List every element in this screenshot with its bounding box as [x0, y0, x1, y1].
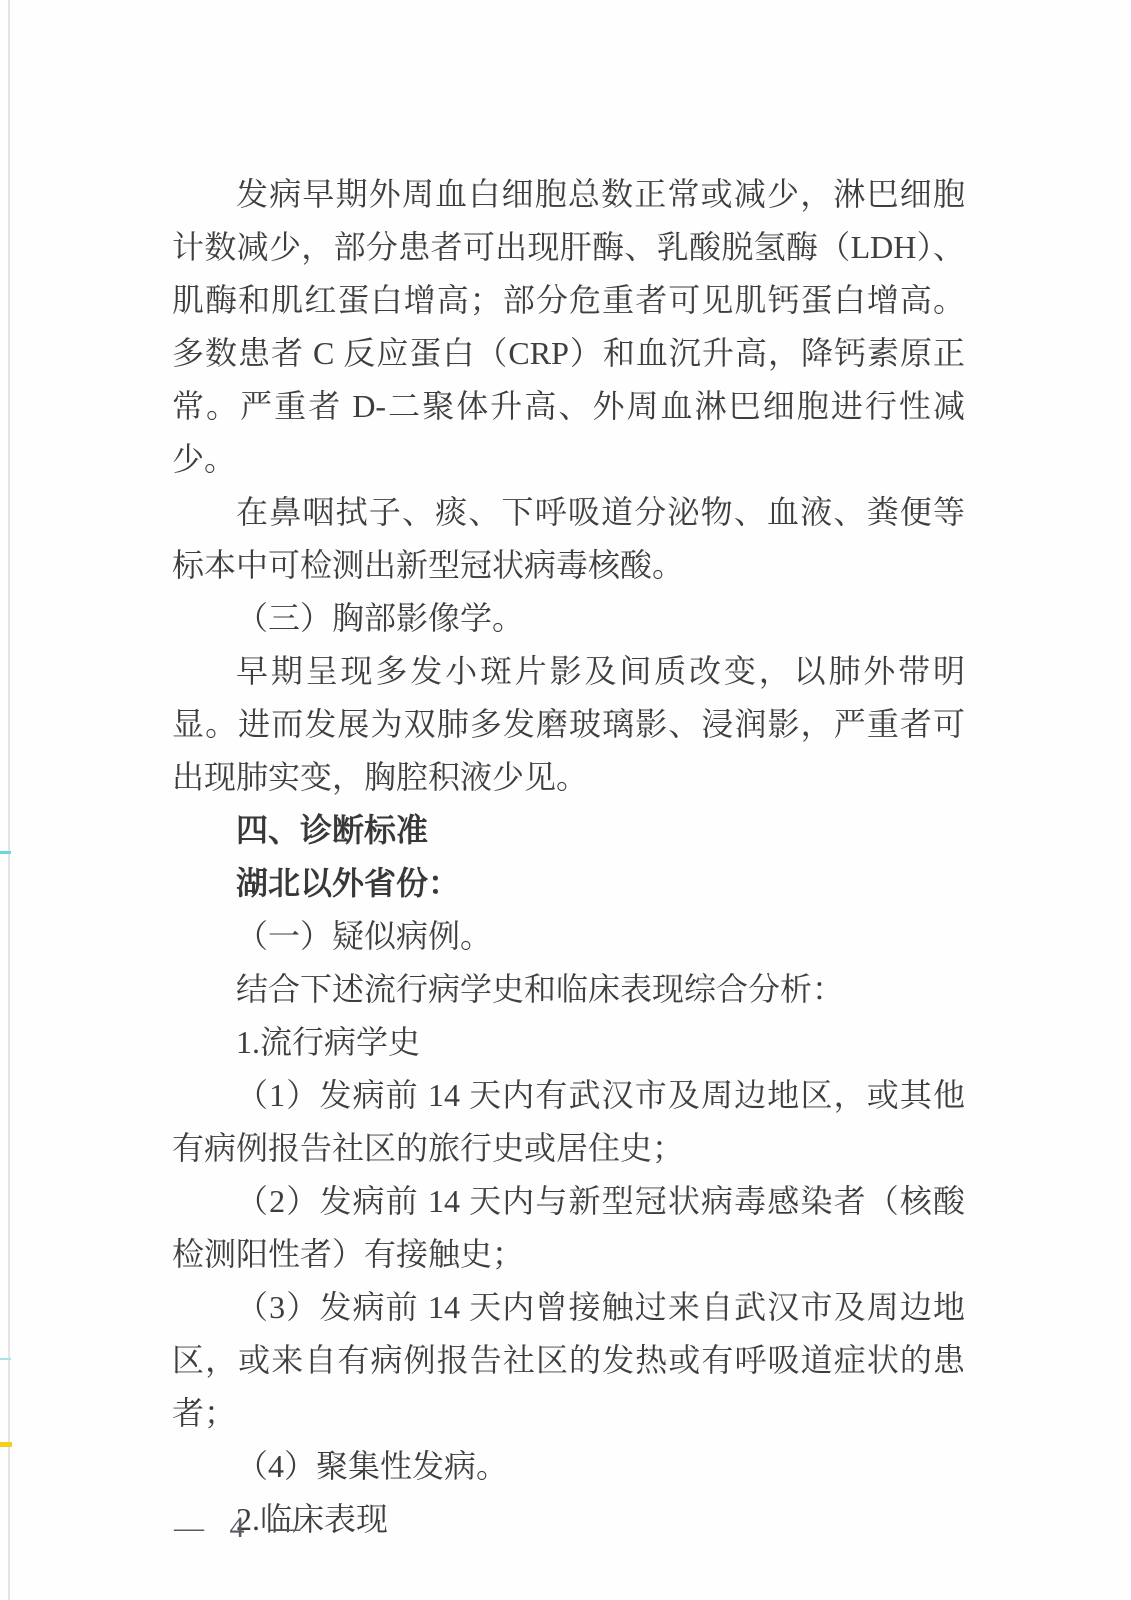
- paragraph: （3）发病前 14 天内曾接触过来自武汉市及周边地区，或来自有病例报告社区的发热…: [172, 1281, 965, 1440]
- page-number: — 4 —: [174, 1510, 303, 1546]
- paragraph: （2）发病前 14 天内与新型冠状病毒感染者（核酸检测阳性者）有接触史；: [172, 1175, 965, 1281]
- document-body: 发病早期外周血白细胞总数正常或减少，淋巴细胞计数减少，部分患者可出现肝酶、乳酸脱…: [172, 168, 965, 1546]
- paragraph: 发病早期外周血白细胞总数正常或减少，淋巴细胞计数减少，部分患者可出现肝酶、乳酸脱…: [172, 168, 965, 486]
- paragraph: （三）胸部影像学。: [172, 592, 965, 645]
- paragraph: （4）聚集性发病。: [172, 1440, 965, 1493]
- paragraph: 在鼻咽拭子、痰、下呼吸道分泌物、血液、粪便等标本中可检测出新型冠状病毒核酸。: [172, 486, 965, 592]
- paragraph: 湖北以外省份：: [172, 857, 965, 910]
- scanned-document-page: 发病早期外周血白细胞总数正常或减少，淋巴细胞计数减少，部分患者可出现肝酶、乳酸脱…: [0, 0, 1131, 1600]
- scan-cyan-tick-1: [0, 851, 11, 854]
- scan-edge-line: [8, 0, 10, 1600]
- scan-cyan-tick-2: [0, 1358, 11, 1360]
- paragraph: 1.流行病学史: [172, 1016, 965, 1069]
- scan-yellow-tick: [0, 1442, 12, 1447]
- paragraph: 结合下述流行病学史和临床表现综合分析：: [172, 963, 965, 1016]
- paragraph: 早期呈现多发小斑片影及间质改变，以肺外带明显。进而发展为双肺多发磨玻璃影、浸润影…: [172, 645, 965, 804]
- paragraph: 四、诊断标准: [172, 804, 965, 857]
- paragraph: （一）疑似病例。: [172, 910, 965, 963]
- paragraph: （1）发病前 14 天内有武汉市及周边地区，或其他有病例报告社区的旅行史或居住史…: [172, 1069, 965, 1175]
